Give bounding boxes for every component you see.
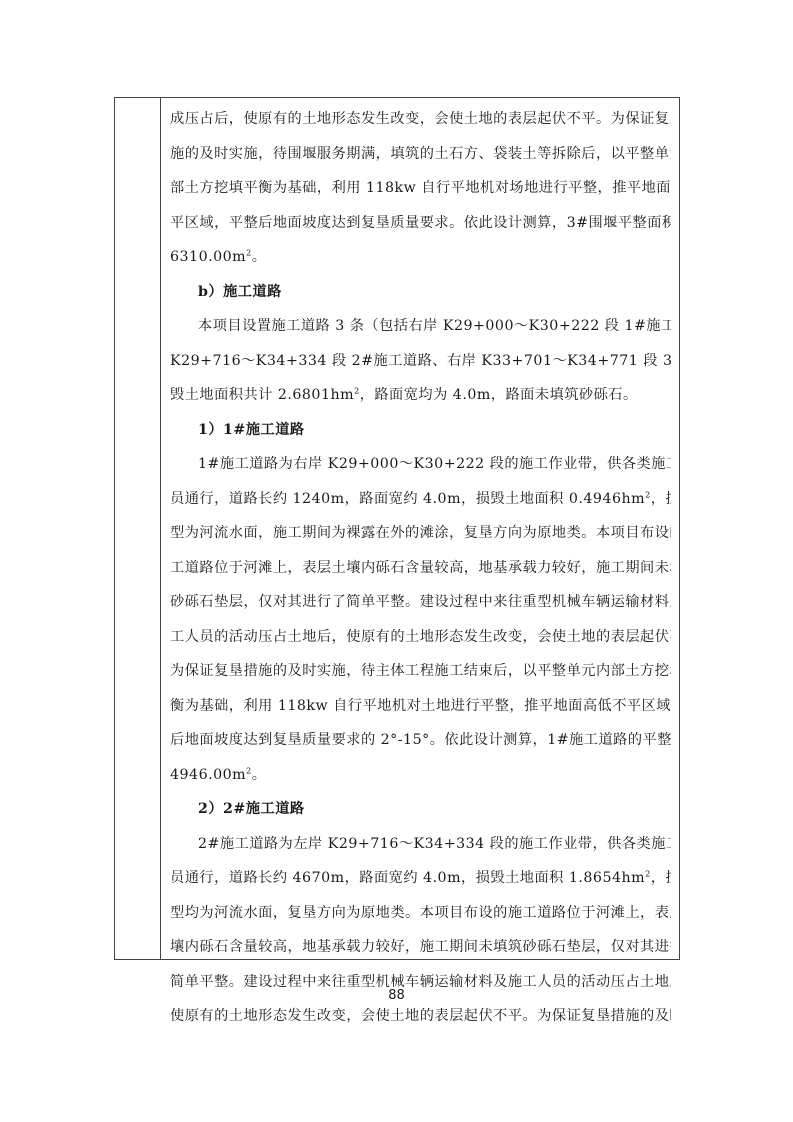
line-text: 员通行，道路长约 4670m，路面宽约 4.0m，损毁土地面积 1.8654hm bbox=[170, 870, 645, 886]
paragraph-line: 型均为河流水面，复垦方向为原地类。本项目布设的施工道路位于河滩上，表层土 bbox=[170, 896, 671, 931]
page-number: 88 bbox=[0, 988, 793, 1003]
paragraph-line: 员通行，道路长约 1240m，路面宽约 4.0m，损毁土地面积 0.4946hm… bbox=[170, 482, 671, 517]
line-text: 2#施工道路为左岸 K29+716～K34+334 段的施工作业带，供各类施工机… bbox=[198, 836, 671, 852]
line-text-tail: ，损毁土地类 bbox=[651, 870, 671, 886]
paragraph-line: K29+716～K34+334 段 2#施工道路、右岸 K33+701～K34+… bbox=[170, 344, 671, 379]
paragraph-line: 工道路位于河滩上，表层土壤内砾石含量较高，地基承载力较好，施工期间未填筑 bbox=[170, 551, 671, 586]
line-text-tail: ，路面宽均为 4.0m，路面未填筑砂砾石。 bbox=[360, 387, 638, 403]
line-text: 使原有的土地形态发生改变，会使土地的表层起伏不平。为保证复垦措施的及时实 bbox=[170, 1008, 671, 1024]
paragraph-line: 壤内砾石含量较高，地基承载力较好，施工期间未填筑砂砾石垫层，仅对其进行了 bbox=[170, 930, 671, 965]
paragraph-line: 砂砾石垫层，仅对其进行了简单平整。建设过程中来往重型机械车辆运输材料及施 bbox=[170, 585, 671, 620]
table-content-cell: 成压占后，使原有的土地形态发生改变，会使土地的表层起伏不平。为保证复垦措施的及时… bbox=[170, 102, 671, 1034]
line-text: 后地面坡度达到复垦质量要求的 2°-15°。依此设计测算，1#施工道路的平整面积… bbox=[170, 732, 671, 748]
line-text: 为保证复垦措施的及时实施，待主体工程施工结束后，以平整单元内部土方挖填平 bbox=[170, 663, 671, 679]
line-text: 本项目设置施工道路 3 条（包括右岸 K29+000～K30+222 段 1#施… bbox=[198, 318, 671, 334]
line-text: 1）1#施工道路 bbox=[198, 422, 305, 438]
line-text: K29+716～K34+334 段 2#施工道路、右岸 K33+701～K34+… bbox=[170, 353, 671, 369]
section-heading: 1）1#施工道路 bbox=[170, 413, 671, 448]
line-text-tail: ，损毁土地类 bbox=[651, 491, 671, 507]
line-text: 施的及时实施，待围堰服务期满，填筑的土石方、袋装土等拆除后，以平整单元内 bbox=[170, 146, 671, 162]
line-text-tail: 。 bbox=[252, 249, 267, 265]
line-text: 4946.00m bbox=[170, 767, 246, 783]
section-heading: b）施工道路 bbox=[170, 275, 671, 310]
line-text: 壤内砾石含量较高，地基承载力较好，施工期间未填筑砂砾石垫层，仅对其进行了 bbox=[170, 939, 671, 955]
line-text: 工道路位于河滩上，表层土壤内砾石含量较高，地基承载力较好，施工期间未填筑 bbox=[170, 560, 671, 576]
paragraph-line: 工人员的活动压占土地后，使原有的土地形态发生改变，会使土地的表层起伏不平。 bbox=[170, 620, 671, 655]
line-text-tail: 。 bbox=[252, 767, 267, 783]
paragraph-line: 成压占后，使原有的土地形态发生改变，会使土地的表层起伏不平。为保证复垦措 bbox=[170, 102, 671, 137]
line-text: 2）2#施工道路 bbox=[198, 801, 305, 817]
paragraph-line: 本项目设置施工道路 3 条（包括右岸 K29+000～K30+222 段 1#施… bbox=[170, 309, 671, 344]
line-text: 砂砾石垫层，仅对其进行了简单平整。建设过程中来往重型机械车辆运输材料及施 bbox=[170, 594, 671, 610]
paragraph-line: 施的及时实施，待围堰服务期满，填筑的土石方、袋装土等拆除后，以平整单元内 bbox=[170, 137, 671, 172]
paragraph-line: 4946.00m2。 bbox=[170, 758, 671, 793]
line-text: 工人员的活动压占土地后，使原有的土地形态发生改变，会使土地的表层起伏不平。 bbox=[170, 629, 671, 645]
paragraph-line: 为保证复垦措施的及时实施，待主体工程施工结束后，以平整单元内部土方挖填平 bbox=[170, 654, 671, 689]
table-left-column bbox=[115, 98, 161, 959]
section-heading: 2）2#施工道路 bbox=[170, 792, 671, 827]
line-text: 部土方挖填平衡为基础，利用 118kw 自行平地机对场地进行平整，推平地面高低不 bbox=[170, 180, 671, 196]
paragraph-line: 6310.00m2。 bbox=[170, 240, 671, 275]
paragraph-line: 平区域，平整后地面坡度达到复垦质量要求。依此设计测算，3#围堰平整面积为 bbox=[170, 206, 671, 241]
line-text: 平区域，平整后地面坡度达到复垦质量要求。依此设计测算，3#围堰平整面积为 bbox=[170, 215, 671, 231]
paragraph-line: 2#施工道路为左岸 K29+716～K34+334 段的施工作业带，供各类施工机… bbox=[170, 827, 671, 862]
paragraph-line: 使原有的土地形态发生改变，会使土地的表层起伏不平。为保证复垦措施的及时实 bbox=[170, 999, 671, 1034]
line-text: 成压占后，使原有的土地形态发生改变，会使土地的表层起伏不平。为保证复垦措 bbox=[170, 111, 671, 127]
line-text: 员通行，道路长约 1240m，路面宽约 4.0m，损毁土地面积 0.4946hm bbox=[170, 491, 645, 507]
paragraph-line: 员通行，道路长约 4670m，路面宽约 4.0m，损毁土地面积 1.8654hm… bbox=[170, 861, 671, 896]
paragraph-line: 后地面坡度达到复垦质量要求的 2°-15°。依此设计测算，1#施工道路的平整面积… bbox=[170, 723, 671, 758]
line-text: 型为河流水面，施工期间为裸露在外的滩涂，复垦方向为原地类。本项目布设的施 bbox=[170, 525, 671, 541]
paragraph-line: 衡为基础，利用 118kw 自行平地机对土地进行平整，推平地面高低不平区域，平整 bbox=[170, 689, 671, 724]
line-text: 衡为基础，利用 118kw 自行平地机对土地进行平整，推平地面高低不平区域，平整 bbox=[170, 698, 671, 714]
paragraph-line: 毁土地面积共计 2.6801hm2，路面宽均为 4.0m，路面未填筑砂砾石。 bbox=[170, 378, 671, 413]
line-text: 1#施工道路为右岸 K29+000～K30+222 段的施工作业带，供各类施工机… bbox=[198, 456, 671, 472]
line-text: 型均为河流水面，复垦方向为原地类。本项目布设的施工道路位于河滩上，表层土 bbox=[170, 905, 671, 921]
line-text: 毁土地面积共计 2.6801hm bbox=[170, 387, 354, 403]
content-table: 成压占后，使原有的土地形态发生改变，会使土地的表层起伏不平。为保证复垦措施的及时… bbox=[114, 97, 680, 960]
line-text: 6310.00m bbox=[170, 249, 246, 265]
paragraph-line: 部土方挖填平衡为基础，利用 118kw 自行平地机对场地进行平整，推平地面高低不 bbox=[170, 171, 671, 206]
line-text: b）施工道路 bbox=[198, 284, 282, 300]
paragraph-line: 1#施工道路为右岸 K29+000～K30+222 段的施工作业带，供各类施工机… bbox=[170, 447, 671, 482]
paragraph-line: 型为河流水面，施工期间为裸露在外的滩涂，复垦方向为原地类。本项目布设的施 bbox=[170, 516, 671, 551]
